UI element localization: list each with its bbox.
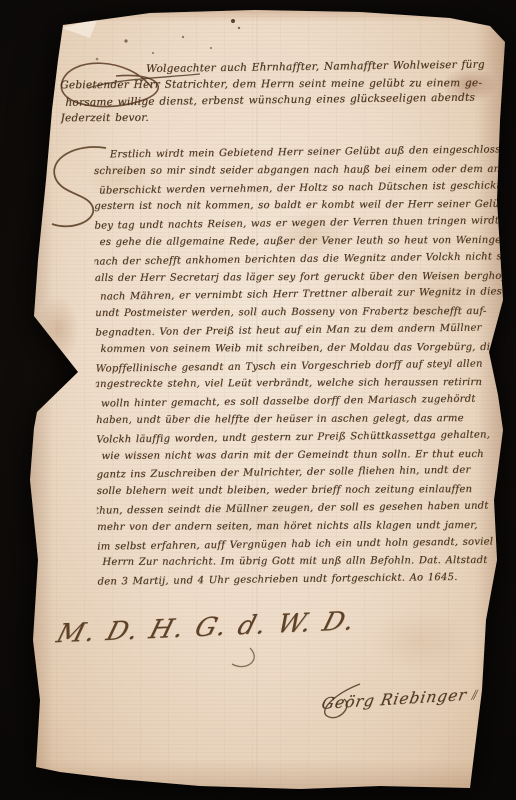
body-line: den 3 Martij, und 4 Uhr geschrieben undt… [97,568,511,590]
ink-specks [0,0,2,2]
signature-flourish-marks: ⫽ [470,688,477,703]
paper-shadow-wrap: Wolgeachter auch Ehrnhaffter, Namhaffter… [0,0,516,800]
photo-stage: Wolgeachter auch Ehrnhaffter, Namhaffter… [0,0,516,800]
monogram-initials: M. D. H. G. d. W. D. [53,606,360,649]
signature-block: Geörg Riebinger⫽ [321,684,477,712]
signature: Geörg Riebinger [320,686,468,713]
salutation-block: Wolgeachter auch Ehrnhaffter, Namhaffter… [60,57,485,127]
salutation-line: Jederzeit bevor. [60,108,484,127]
body-block: Erstlich wirdt mein Gebietend Herr seine… [94,142,512,591]
handwritten-text-layer: Wolgeachter auch Ehrnhaffter, Namhaffter… [0,0,516,800]
manuscript-paper: Wolgeachter auch Ehrnhaffter, Namhaffter… [0,0,516,800]
